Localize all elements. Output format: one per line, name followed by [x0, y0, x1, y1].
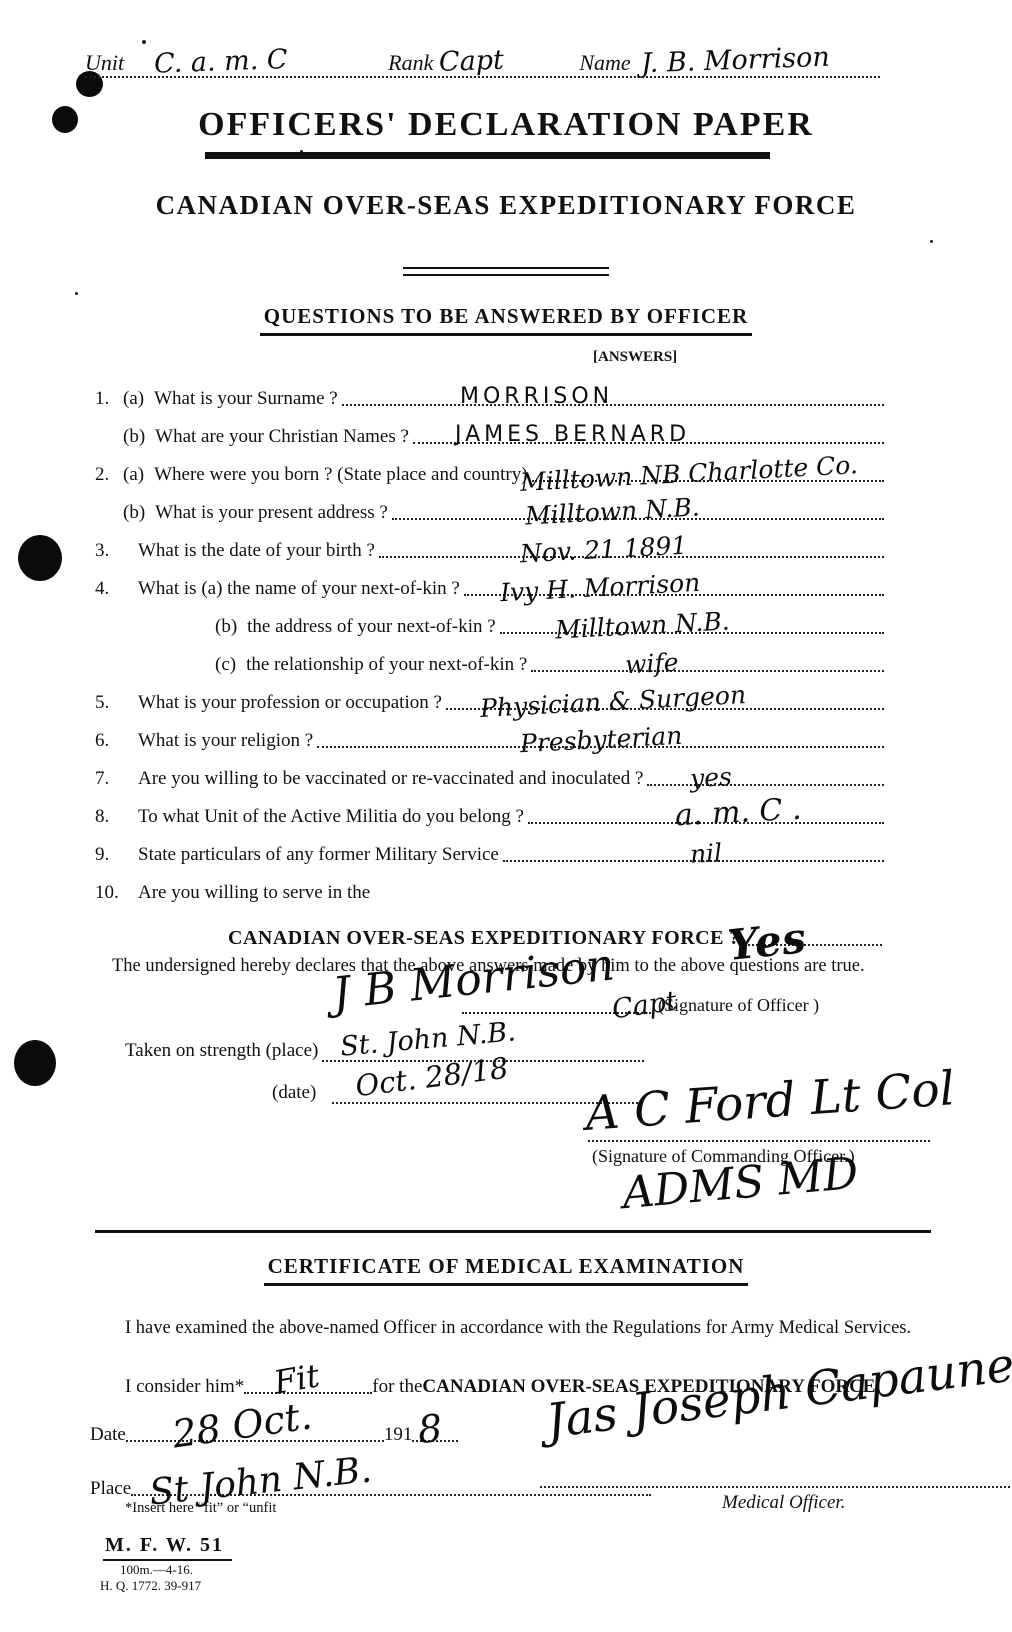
document-page: Unit C. a. m. C Rank Capt Name J. B. Mor… — [0, 0, 1012, 1632]
question-number: 2. — [95, 464, 123, 486]
answer-handwriting: JAMES BERNARD — [455, 424, 690, 446]
question-row-1a: 1. (a) What is your Surname ? MORRISON — [95, 372, 884, 410]
force-question-row: CANADIAN OVER-SEAS EXPEDITIONARY FORCE ?… — [228, 908, 882, 950]
form-number: M. F. W. 51 — [103, 1534, 232, 1561]
consider-prefix: I consider him* — [125, 1376, 244, 1398]
question-text: What is your profession or occupation ? — [138, 692, 446, 714]
question-text: the address of your next-of-kin ? — [247, 616, 500, 638]
unit-label: Unit — [85, 50, 124, 76]
rank-value-handwriting: Capt — [439, 45, 550, 78]
answers-column-label: [ANSWERS] — [593, 349, 677, 366]
question-number: 1. — [95, 388, 123, 410]
punch-hole — [14, 1040, 56, 1086]
medical-place-label: Place — [90, 1478, 131, 1500]
question-row-6: 6. What is your religion ? Presbyterian — [95, 714, 884, 752]
question-text: What is your present address ? — [155, 502, 392, 524]
answer-handwriting: MORRISON — [460, 386, 613, 408]
question-number: 4. — [95, 578, 123, 600]
question-number: 8. — [95, 806, 123, 828]
questions-section-heading: QUESTIONS TO BE ANSWERED BY OFFICER — [260, 304, 752, 336]
question-row-5: 5. What is your profession or occupation… — [95, 676, 884, 714]
punch-hole — [18, 535, 62, 581]
answer-line — [374, 896, 884, 900]
question-subletter: (a) — [123, 388, 144, 410]
questions-list: 1. (a) What is your Surname ? MORRISON (… — [95, 372, 884, 904]
answer-line — [531, 666, 884, 672]
medical-date-handwriting: 28 Oct. — [170, 1396, 314, 1453]
question-number: 6. — [95, 730, 123, 752]
fit-unfit-footnote: *Insert here “fit” or “unfit — [125, 1500, 276, 1517]
medical-place-row: Place St John N.B. — [90, 1456, 710, 1500]
answer-handwriting: wife — [624, 650, 679, 678]
question-subletter: (c) — [215, 654, 236, 676]
medical-place-line: St John N.B. — [131, 1490, 651, 1496]
answer-handwriting: nil — [689, 840, 722, 867]
taken-date-label: (date) — [272, 1082, 316, 1104]
page-subtitle: CANADIAN OVER-SEAS EXPEDITIONARY FORCE — [0, 190, 1012, 221]
question-row-4b: (b) the address of your next-of-kin ? Mi… — [95, 600, 884, 638]
answer-line — [647, 780, 884, 786]
question-row-2b: (b) What is your present address ? Millt… — [95, 486, 884, 524]
hq-reference-number: H. Q. 1772. 39-917 — [100, 1578, 201, 1594]
question-row-2a: 2. (a) Where were you born ? (State plac… — [95, 448, 884, 486]
medical-section-heading: CERTIFICATE OF MEDICAL EXAMINATION — [264, 1254, 749, 1286]
commanding-officer-signature-handwriting: A C Ford Lt Col — [584, 1065, 956, 1138]
question-subletter: (a) — [123, 464, 144, 486]
question-subletter: (b) — [123, 502, 145, 524]
question-row-9: 9. State particulars of any former Milit… — [95, 828, 884, 866]
question-row-1b: (b) What are your Christian Names ? JAME… — [95, 410, 884, 448]
officer-signature-handwriting: J B Morrison — [330, 943, 616, 1016]
section-divider-rule — [95, 1230, 931, 1233]
question-text: What is the date of your birth ? — [138, 540, 379, 562]
question-row-10: 10. Are you willing to serve in the — [95, 866, 884, 904]
question-number: 7. — [95, 768, 123, 790]
question-number: 9. — [95, 844, 123, 866]
question-text: What are your Christian Names ? — [155, 426, 413, 448]
question-row-3: 3. What is the date of your birth ? Nov.… — [95, 524, 884, 562]
question-text: the relationship of your next-of-kin ? — [246, 654, 531, 676]
question-text: Are you willing to serve in the — [138, 882, 374, 904]
question-row-4a: 4. What is (a) the name of your next-of-… — [95, 562, 884, 600]
question-row-7: 7. Are you willing to be vaccinated or r… — [95, 752, 884, 790]
answer-handwriting: a. m. C . — [674, 795, 802, 832]
name-label: Name — [579, 50, 630, 76]
medical-year-handwriting: 8 — [417, 1409, 444, 1449]
name-value-handwriting: J. B. Morrison — [640, 44, 830, 80]
question-subletter: (b) — [215, 616, 237, 638]
question-text: To what Unit of the Active Militia do yo… — [138, 806, 528, 828]
answer-handwriting: yes — [689, 764, 732, 791]
question-text: What is your Surname ? — [154, 388, 342, 410]
rank-label: Rank — [388, 50, 433, 76]
ink-speck — [930, 240, 933, 243]
title-underline — [205, 152, 770, 159]
question-subletter: (b) — [123, 426, 145, 448]
medical-year-line: 8 — [412, 1436, 458, 1442]
question-number: 5. — [95, 692, 123, 714]
medical-date-label: Date — [90, 1424, 126, 1446]
medical-date-line: 28 Oct. — [126, 1436, 384, 1442]
question-text: What is (a) the name of your next-of-kin… — [138, 578, 464, 600]
print-run-note: 100m.—4-16. — [120, 1562, 193, 1578]
medical-year-printed: 191 — [384, 1424, 413, 1446]
force-question-label: CANADIAN OVER-SEAS EXPEDITIONARY FORCE ? — [228, 927, 740, 950]
taken-on-strength-label: Taken on strength (place) — [125, 1040, 318, 1062]
consider-mid: for the — [372, 1376, 422, 1398]
question-text: State particulars of any former Military… — [138, 844, 503, 866]
double-rule — [403, 267, 609, 276]
header-line: Unit C. a. m. C Rank Capt Name J. B. Mor… — [85, 36, 880, 78]
question-number: 3. — [95, 540, 123, 562]
question-text: What is your religion ? — [138, 730, 317, 752]
officer-signature-label: (Signature of Officer ) — [658, 995, 819, 1016]
ink-speck — [75, 292, 78, 295]
question-row-8: 8. To what Unit of the Active Militia do… — [95, 790, 884, 828]
page-title: OFFICERS' DECLARATION PAPER — [0, 106, 1012, 144]
unit-value-handwriting: C. a. m. C — [154, 43, 365, 79]
question-row-4c: (c) the relationship of your next-of-kin… — [95, 638, 884, 676]
medical-officer-signature-line — [540, 1486, 1010, 1488]
question-text: Where were you born ? (State place and c… — [154, 464, 532, 486]
medical-examined-text: I have examined the above-named Officer … — [125, 1318, 915, 1339]
question-text: Are you willing to be vaccinated or re-v… — [138, 768, 647, 790]
commanding-officer-signature-line — [588, 1140, 930, 1142]
medical-officer-label: Medical Officer. — [722, 1492, 845, 1514]
question-number: 10. — [95, 882, 123, 904]
